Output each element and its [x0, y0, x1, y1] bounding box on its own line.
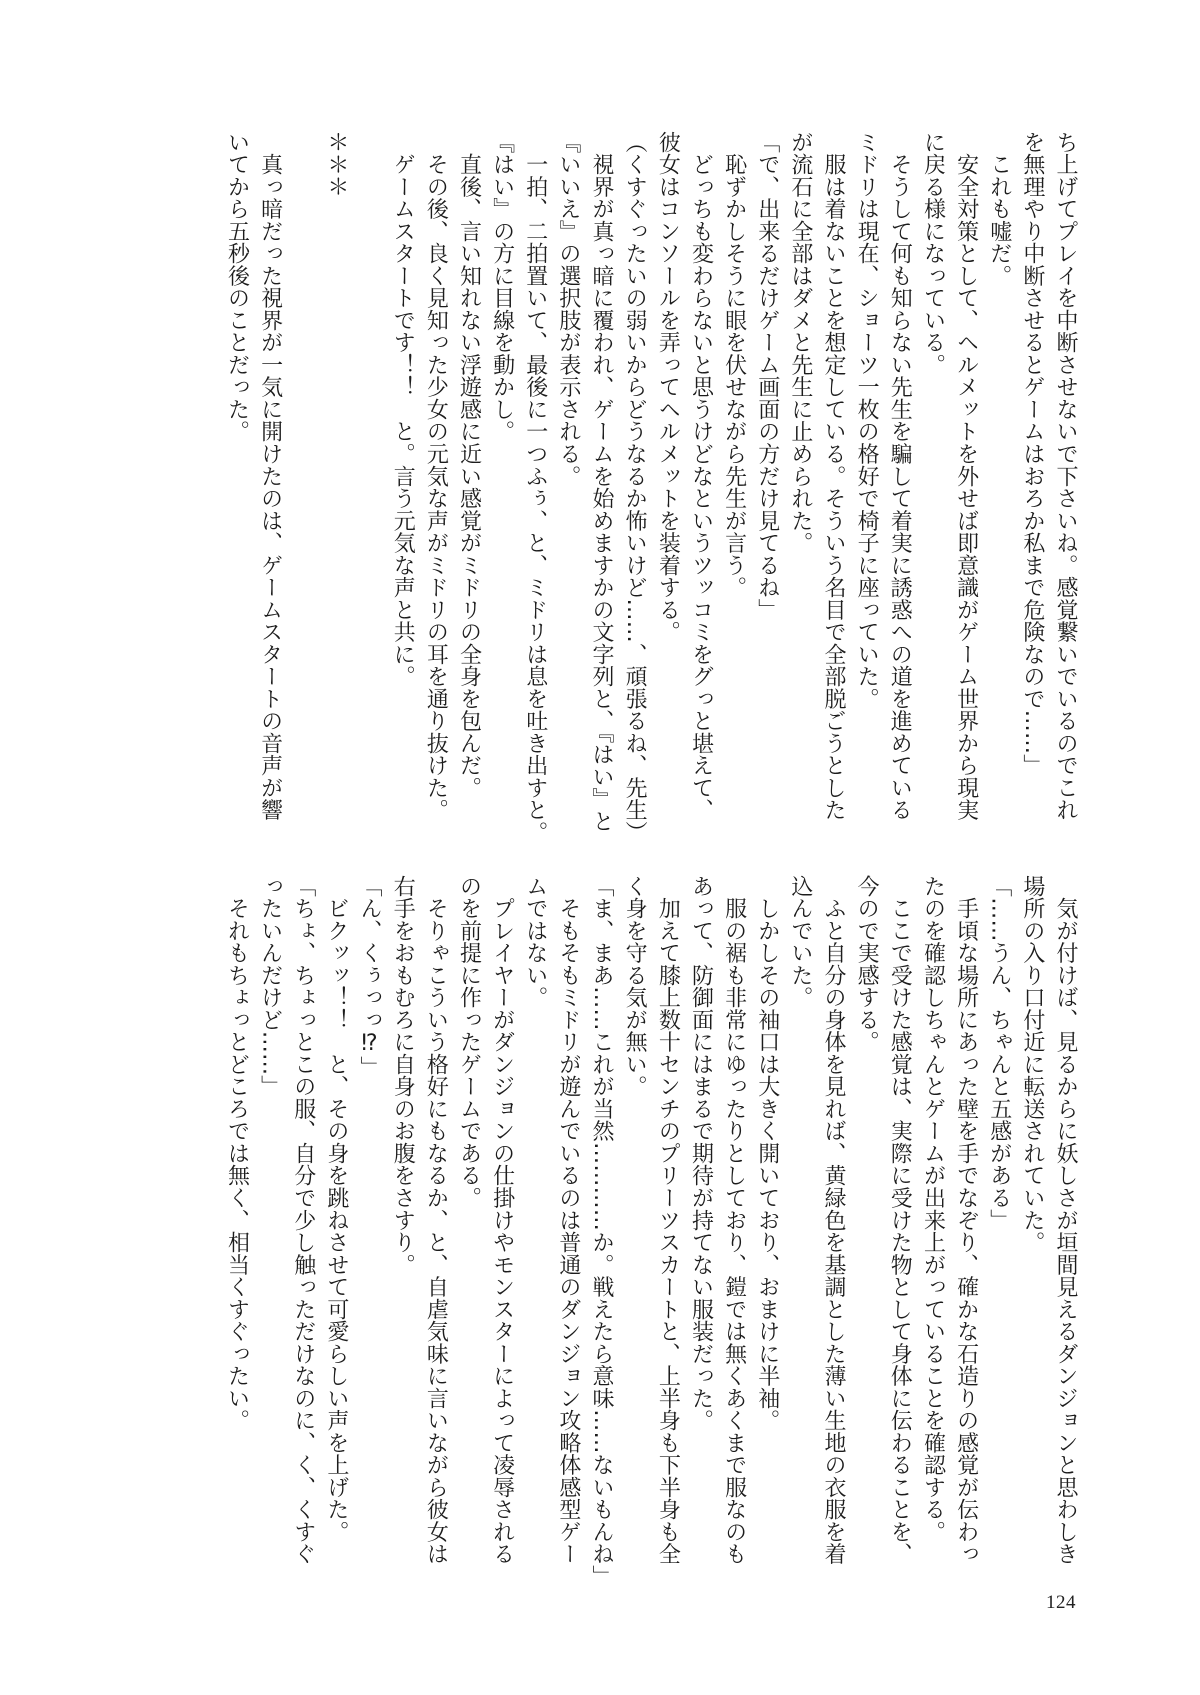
scene-break-asterisks: ＊＊＊	[320, 131, 353, 831]
text-column: ふと自分の身体を見れば、黄緑色を基調とした薄い生地の衣服を着	[817, 875, 850, 1575]
text-column: 気が付けば、見るからに妖しさが垣間見えるダンジョンと思わしき	[1049, 875, 1082, 1575]
text-column: に戻る様になっている。	[916, 131, 949, 831]
text-column: それもちょっとどころでは無く、相当くすぐったい。	[220, 875, 253, 1575]
text-column: 「ん、くぅっっ⁉」	[353, 875, 386, 1575]
text-column: 真っ暗だった視界が一気に開けたのは、ゲームスタートの音声が響	[253, 131, 286, 831]
text-column: 『いいえ』の選択肢が表示される。	[552, 131, 585, 831]
text-column: ゲームスタートです！！ と。言う元気な声と共に。	[386, 131, 419, 831]
text-column: そもそもミドリが遊んでいるのは普通のダンジョン攻略体感型ゲー	[552, 875, 585, 1575]
text-column: 加えて膝上数十センチのプリーツスカートと、上半身も下半身も全	[651, 875, 684, 1575]
text-column: 服は着ないことを想定している。そういう名目で全部脱ごうとした	[817, 131, 850, 831]
text-column: 「で、出来るだけゲーム画面の方だけ見てるね」	[751, 131, 784, 831]
text-column: ったいんだけど……」	[253, 875, 286, 1575]
text-column: 込んでいた。	[784, 875, 817, 1575]
text-column: そりゃこういう格好にもなるか、と、自虐気味に言いながら彼女は	[419, 875, 452, 1575]
blank-column	[353, 131, 386, 831]
text-column: そうして何も知らない先生を騙して着実に誘惑への道を進めている	[883, 131, 916, 831]
text-column: ビクッッ！！ と、その身を跳ねさせて可愛らしい声を上げた。	[320, 875, 353, 1575]
lower-text-block: 気が付けば、見るからに妖しさが垣間見えるダンジョンと思わしき 場所の入り口付近に…	[220, 875, 1082, 1575]
text-column: （くすぐったいの弱いからどうなるか怖いけど……、頑張るね、先生）	[618, 131, 651, 831]
text-column: 「ま、まあ……これが当然…………か。戦えたら意味……ないもんね」	[585, 875, 618, 1575]
text-column: ミドリは現在、ショーツ一枚の格好で椅子に座っていた。	[850, 131, 883, 831]
page-number: 124	[1046, 1592, 1076, 1614]
text-column: 安全対策として、ヘルメットを外せば即意識がゲーム世界から現実	[949, 131, 982, 831]
text-column: 彼女はコンソールを弄ってヘルメットを装着する。	[651, 131, 684, 831]
text-column: 今ので実感する。	[850, 875, 883, 1575]
text-column: 手頃な場所にあった壁を手でなぞり、確かな石造りの感覚が伝わっ	[949, 875, 982, 1575]
text-column: 服の裾も非常にゆったりとしており、鎧では無くあくまで服なのも	[717, 875, 750, 1575]
text-column: が流石に全部はダメと先生に止められた。	[784, 131, 817, 831]
text-column: たのを確認しちゃんとゲームが出来上がっていることを確認する。	[916, 875, 949, 1575]
text-column: 『はい』の方に目線を動かし。	[485, 131, 518, 831]
text-column: 右手をおもむろに自身のお腹をさすり。	[386, 875, 419, 1575]
text-column: ち上げてプレイを中断させないで下さいね。感覚繋いでいるのでこれ	[1049, 131, 1082, 831]
text-column: 「……うん、ちゃんと五感がある」	[983, 875, 1016, 1575]
text-column: ここで受けた感覚は、実際に受けた物として身体に伝わることを、	[883, 875, 916, 1575]
text-column: 恥ずかしそうに眼を伏せながら先生が言う。	[717, 131, 750, 831]
text-column: プレイヤーがダンジョンの仕掛けやモンスターによって凌辱される	[485, 875, 518, 1575]
text-column: 視界が真っ暗に覆われ、ゲームを始めますかの文字列と、『はい』と	[585, 131, 618, 831]
text-column: 一拍、二拍置いて、最後に一つふぅ、と、ミドリは息を吐き出すと。	[519, 131, 552, 831]
text-column: いてから五秒後のことだった。	[220, 131, 253, 831]
text-column: 直後、言い知れない浮遊感に近い感覚がミドリの全身を包んだ。	[452, 131, 485, 831]
text-column: のを前提に作ったゲームである。	[452, 875, 485, 1575]
text-column: ムではない。	[519, 875, 552, 1575]
text-column: これも嘘だ。	[983, 131, 1016, 831]
text-column: その後、良く見知った少女の元気な声がミドリの耳を通り抜けた。	[419, 131, 452, 831]
text-column: 場所の入り口付近に転送されていた。	[1016, 875, 1049, 1575]
text-column: どっちも変わらないと思うけどなというツッコミをグっと堪えて、	[684, 131, 717, 831]
text-column: く身を守る気が無い。	[618, 875, 651, 1575]
upper-text-block: ち上げてプレイを中断させないで下さいね。感覚繋いでいるのでこれ を無理やり中断さ…	[220, 131, 1082, 831]
text-column: を無理やり中断させるとゲームはおろか私まで危険なので……」	[1016, 131, 1049, 831]
text-column: 「ちょ、ちょっとこの服、自分で少し触っただけなのに、く、くすぐ	[287, 875, 320, 1575]
text-column: しかしその袖口は大きく開いており、おまけに半袖。	[751, 875, 784, 1575]
book-page: ち上げてプレイを中断させないで下さいね。感覚繋いでいるのでこれ を無理やり中断さ…	[0, 0, 1200, 1695]
text-column: あって、防御面にはまるで期待が持てない服装だった。	[684, 875, 717, 1575]
blank-column	[287, 131, 320, 831]
